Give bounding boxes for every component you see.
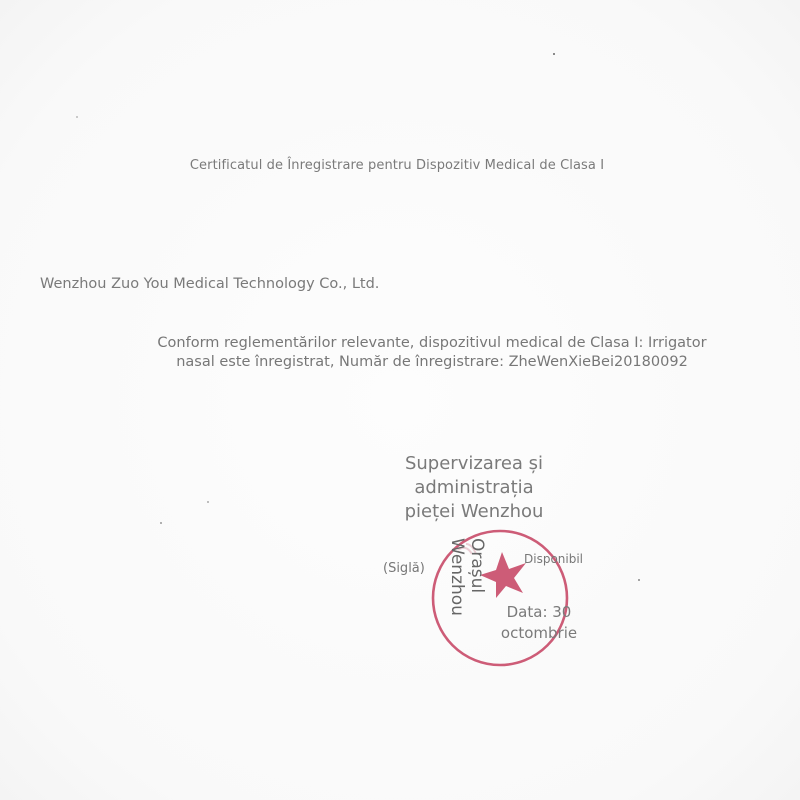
registration-statement-line: Conform reglementărilor relevante, dispo… xyxy=(140,334,724,353)
issuer-line: pieței Wenzhou xyxy=(374,500,574,524)
registration-statement-line: nasal este înregistrat, Număr de înregis… xyxy=(140,353,724,372)
issue-date-line: Data: 30 xyxy=(494,602,584,623)
issuing-authority: Supervizarea și administrația pieței Wen… xyxy=(374,452,574,524)
company-name: Wenzhou Zuo You Medical Technology Co., … xyxy=(40,276,379,292)
scan-speck xyxy=(160,522,162,524)
stamp-city: Orașul Wenzhou xyxy=(427,538,487,618)
scan-speck xyxy=(638,579,640,581)
scan-speck xyxy=(207,501,209,503)
stamp-city-line: Orașul xyxy=(467,538,487,618)
certificate-title: Certificatul de Înregistrare pentru Disp… xyxy=(0,158,794,173)
issue-date-line: octombrie xyxy=(494,623,584,644)
scan-speck xyxy=(553,53,555,55)
issuer-line: administrația xyxy=(374,476,574,500)
scan-speck xyxy=(76,116,78,118)
stamp-city-line: Wenzhou xyxy=(447,538,467,618)
seal-label: (Siglă) xyxy=(383,561,425,576)
issuer-line: Supervizarea și xyxy=(374,452,574,476)
stamp-status: Disponibil xyxy=(524,552,583,566)
certificate-page: Certificatul de Înregistrare pentru Disp… xyxy=(0,0,800,800)
registration-statement: Conform reglementărilor relevante, dispo… xyxy=(140,334,724,372)
issue-date: Data: 30 octombrie xyxy=(494,602,584,644)
